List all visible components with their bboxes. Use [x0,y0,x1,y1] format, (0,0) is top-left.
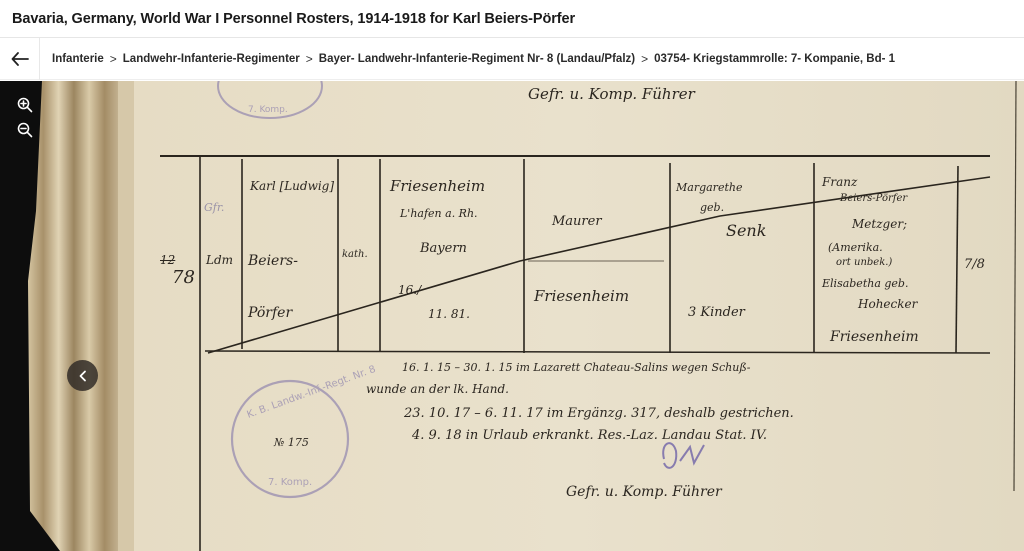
breadcrumb-separator: > [110,52,117,66]
wife-name: Margarethe [676,181,742,194]
breadcrumb-item-infanterie[interactable]: Infanterie [52,53,104,65]
bottom-note: Gefr. u. Komp. Führer [566,484,722,500]
surname-line-1: Beiers- [248,253,298,269]
image-viewer[interactable]: 7. Komp. K. B. Landw.-Inf.-Regt. Nr. 8 7… [0,81,1024,551]
back-button[interactable] [0,38,40,80]
stamp-number: № 175 [274,436,309,449]
note-line-4: 4. 9. 18 in Urlaub erkrankt. Res.-Laz. L… [412,428,767,443]
svg-text:7. Komp.: 7. Komp. [248,105,288,115]
parents-father: Franz [822,175,857,189]
previous-image-button[interactable] [67,360,98,391]
birthdate-month-year: 11. 81. [428,307,470,321]
note-line-1: 16. 1. 15 – 30. 1. 15 im Lazarett Chatea… [402,361,750,374]
wife-geb: geb. [700,201,724,214]
residence: Friesenheim [534,287,629,305]
document-image: 7. Komp. K. B. Landw.-Inf.-Regt. Nr. 8 7… [0,81,1024,551]
breadcrumb-bar: Infanterie > Landwehr-Infanterie-Regimen… [0,38,1024,80]
title-bar: Bavaria, Germany, World War I Personnel … [0,0,1024,38]
parents-residence: Friesenheim [830,329,919,345]
fraction: 7/8 [964,257,985,272]
row-number: 78 [172,267,195,288]
breadcrumb-item-regiment-8[interactable]: Bayer- Landwehr-Infanterie-Regiment Nr- … [319,53,635,65]
chevron-left-icon [78,370,88,382]
row-number-struck: 12 [160,253,175,267]
birthplace: Friesenheim [390,177,485,195]
birthdate-day: 16./ [398,283,421,297]
zoom-out-icon [17,122,33,138]
zoom-in-icon [17,97,33,113]
zoom-in-button[interactable] [14,94,36,116]
state: Bayern [420,241,467,256]
parents-america: (Amerika. [828,241,883,254]
zoom-out-button[interactable] [14,119,36,141]
breadcrumb-separator: > [641,52,648,66]
district: L'hafen a. Rh. [400,207,478,220]
arrow-left-icon [11,52,29,66]
rank-note: Gfr. [204,201,224,214]
page-title: Bavaria, Germany, World War I Personnel … [12,11,575,27]
parents-surname: Beiers-Pörfer [840,193,907,204]
breadcrumb-separator: > [306,52,313,66]
wife-maiden-name: Senk [726,221,766,240]
religion: kath. [342,249,368,260]
parents-unknown: ort unbek.) [836,257,892,268]
parents-mother: Elisabetha geb. [822,277,908,290]
breadcrumb-item-kriegstammrolle[interactable]: 03754- Kriegstammrolle: 7- Kompanie, Bd-… [654,53,895,65]
parents-mother-maiden: Hohecker [858,297,917,311]
parents-occupation: Metzger; [852,217,907,231]
children: 3 Kinder [688,305,745,320]
note-line-2: wunde an der lk. Hand. [366,382,509,396]
occupation: Maurer [552,214,602,229]
top-note: Gefr. u. Komp. Führer [528,85,695,103]
breadcrumb-item-landwehr-regimenter[interactable]: Landwehr-Infanterie-Regimenter [123,53,300,65]
surname-line-2: Pörfer [248,305,292,321]
rank: Ldm [206,253,233,267]
breadcrumb: Infanterie > Landwehr-Infanterie-Regimen… [40,52,895,66]
given-names: Karl [Ludwig] [250,179,334,193]
note-line-3: 23. 10. 17 – 6. 11. 17 im Ergänzg. 317, … [404,406,794,421]
svg-text:7. Komp.: 7. Komp. [268,477,312,488]
